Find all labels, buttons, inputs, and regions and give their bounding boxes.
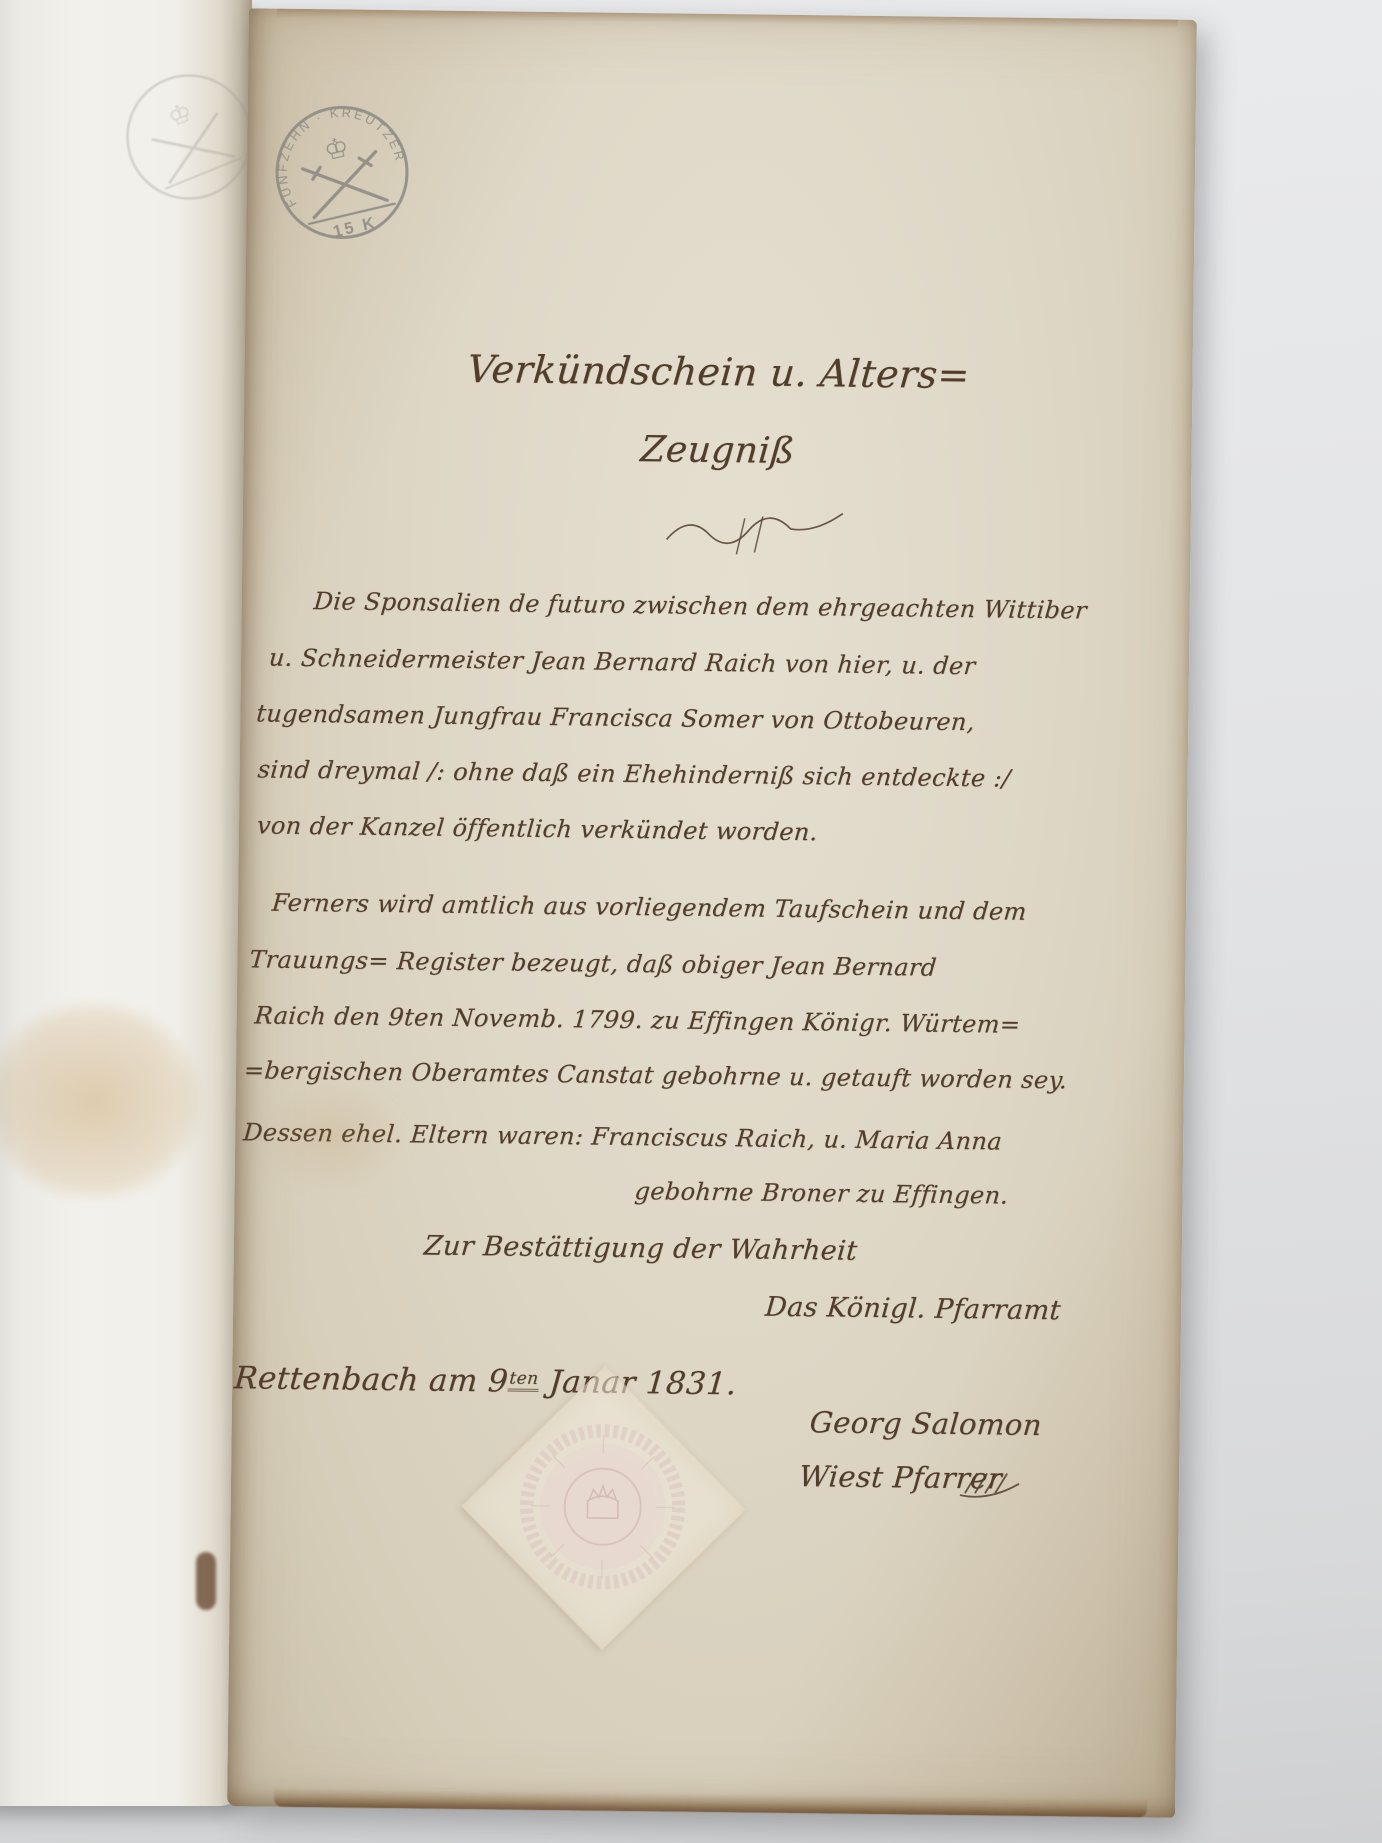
stamp-crown-icon: ♔ [321, 131, 352, 167]
page-bottom-browned-edge [274, 1789, 1146, 1818]
manuscript-line: u. Schneidermeister Jean Bernard Raich v… [268, 644, 977, 681]
manuscript-line: sind dreymal /: ohne daß ein Ehehinderni… [257, 755, 1012, 792]
manuscript-line: Raich den 9ten Novemb. 1799. zu Effingen… [254, 1001, 1022, 1038]
dateline-suffix: Janar 1831. [538, 1364, 738, 1402]
manuscript-line: Dessen ehel. Eltern waren: Franciscus Ra… [242, 1118, 1003, 1155]
title-flourish [660, 505, 851, 563]
dateline: Rettenbach am 9ten Janar 1831. [233, 1360, 738, 1402]
manuscript-line: Trauungs= Register bezeugt, daß obiger J… [248, 945, 938, 981]
manuscript-line: von der Kanzel öffentlich verkündet word… [256, 811, 819, 846]
manuscript-line: tugendsamen Jungfrau Francisca Somer von… [255, 699, 976, 736]
manuscript-line: Ferners wird amtlich aus vorliegendem Ta… [271, 889, 1028, 926]
dateline-prefix: Rettenbach am 9 [233, 1360, 510, 1399]
manuscript-line: =bergischen Oberamtes Canstat gebohrne u… [243, 1056, 1069, 1094]
book-page-stack [0, 0, 252, 1806]
attestation-line: Zur Bestättigung der Wahrheit [423, 1231, 859, 1267]
document-page: FÜNFZEHN · KREUTZER ♔ 15 K Verkündschein… [227, 8, 1197, 1817]
dateline-ordinal: ten [507, 1369, 540, 1392]
signature-name: Georg Salomon [808, 1405, 1043, 1442]
embossed-paper-seal [507, 1411, 699, 1603]
doc-title-line-2: Zeugniß [242, 424, 1193, 477]
authority-line: Das Königl. Pfarramt [764, 1292, 1062, 1327]
svg-text:♔: ♔ [163, 96, 196, 133]
doc-title-line-1: Verkündschein u. Alters= [243, 344, 1195, 400]
manuscript-line: gebohrne Broner zu Effingen. [633, 1177, 1009, 1210]
revenue-stamp: FÜNFZEHN · KREUTZER ♔ 15 K [252, 82, 432, 262]
signature-flourish [957, 1469, 1023, 1500]
page-top-edge [277, 9, 1178, 29]
manuscript-line: Die Sponsalien de futuro zwischen dem eh… [313, 587, 1088, 624]
binding-spot [196, 1552, 216, 1610]
